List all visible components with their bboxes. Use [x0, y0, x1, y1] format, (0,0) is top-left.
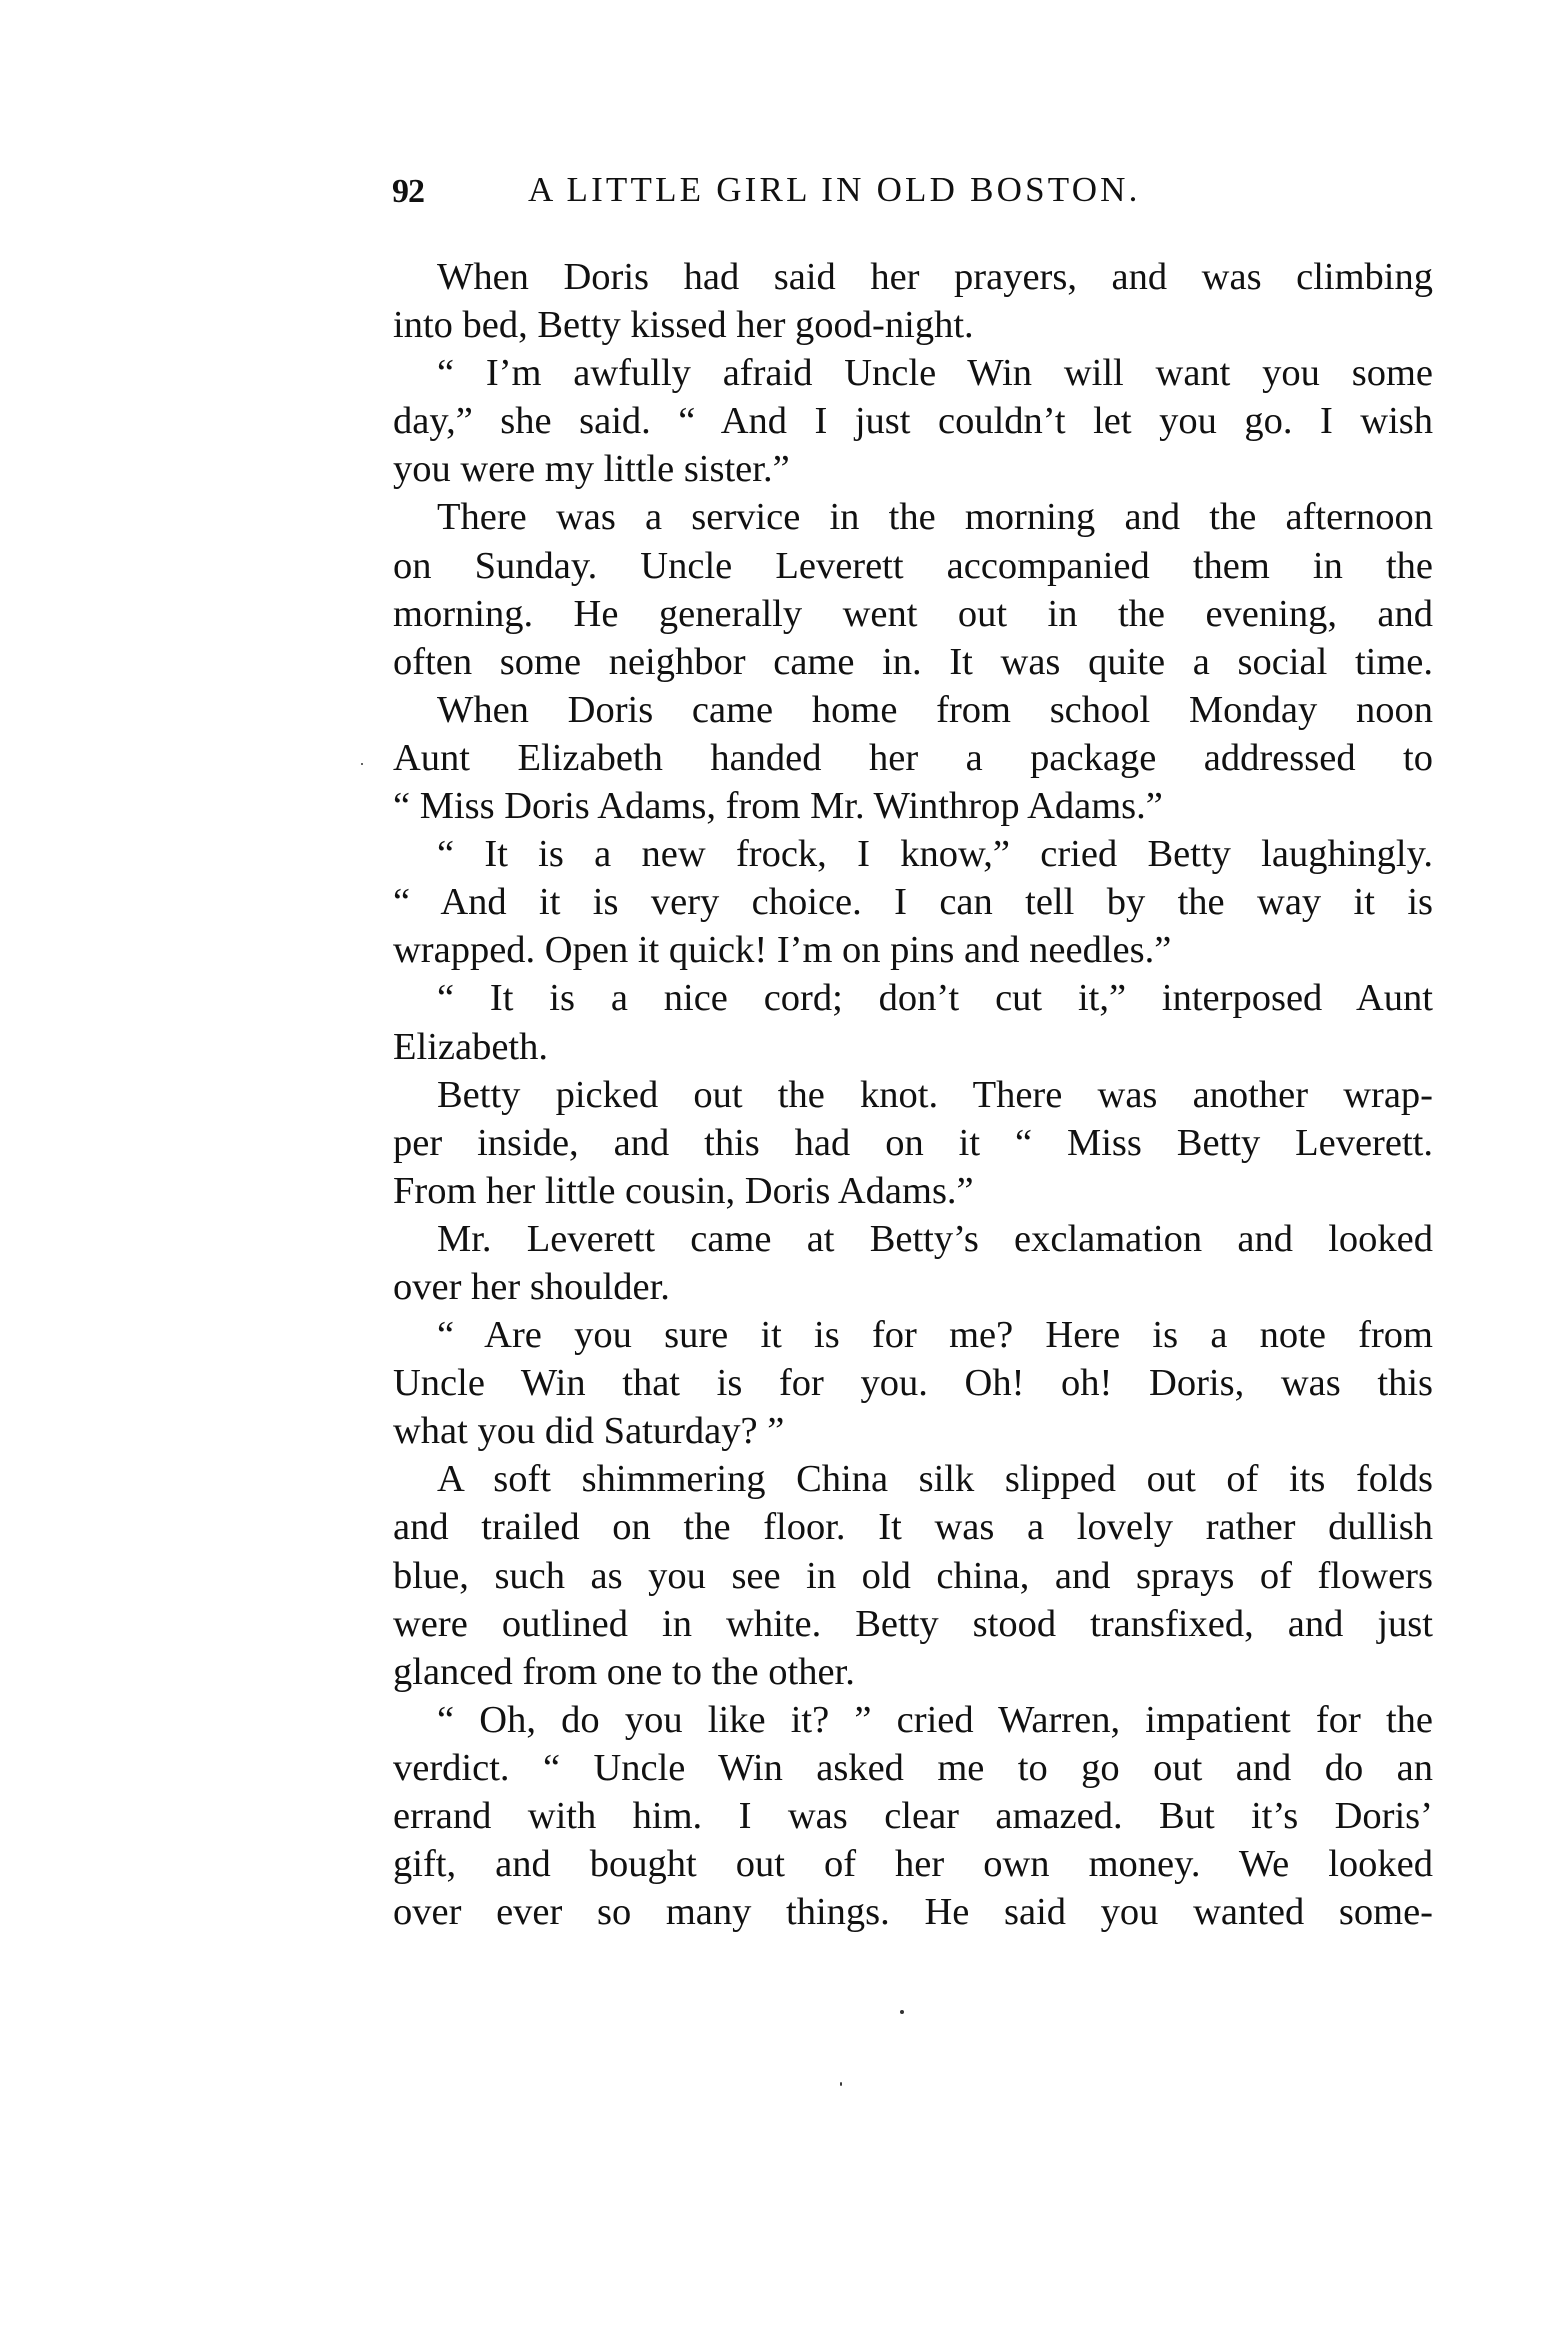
running-head: 92 A LITTLE GIRL IN OLD BOSTON. — [392, 168, 1433, 218]
scan-speck — [840, 2082, 842, 2086]
scan-speck — [361, 763, 363, 765]
text-line: Betty picked out the knot. There was ano… — [393, 1071, 1433, 1119]
text-line: per inside, and this had on it “ Miss Be… — [393, 1119, 1433, 1167]
text-line: “ I’m awfully afraid Uncle Win will want… — [393, 349, 1433, 397]
text-line: glanced from one to the other. — [393, 1648, 1433, 1696]
text-line: what you did Saturday? ” — [393, 1407, 1433, 1455]
text-line: verdict. “ Uncle Win asked me to go out … — [393, 1744, 1433, 1792]
text-line: Aunt Elizabeth handed her a package addr… — [393, 734, 1433, 782]
body-text: When Doris had said her prayers, and was… — [393, 253, 1433, 1936]
text-line: day,” she said. “ And I just couldn’t le… — [393, 397, 1433, 445]
text-line: errand with him. I was clear amazed. But… — [393, 1792, 1433, 1840]
text-line: often some neighbor came in. It was quit… — [393, 638, 1433, 686]
text-line: Elizabeth. — [393, 1023, 1433, 1071]
text-line: you were my little sister.” — [393, 445, 1433, 493]
text-line: A soft shimmering China silk slipped out… — [393, 1455, 1433, 1503]
text-line: over her shoulder. — [393, 1263, 1433, 1311]
text-line: There was a service in the morning and t… — [393, 493, 1433, 541]
text-line: “ And it is very choice. I can tell by t… — [393, 878, 1433, 926]
page-number: 92 — [392, 172, 424, 212]
text-line: were outlined in white. Betty stood tran… — [393, 1600, 1433, 1648]
text-line: “ It is a new frock, I know,” cried Bett… — [393, 830, 1433, 878]
text-line: When Doris came home from school Monday … — [393, 686, 1433, 734]
text-line: “ It is a nice cord; don’t cut it,” inte… — [393, 974, 1433, 1022]
text-line: “ Miss Doris Adams, from Mr. Winthrop Ad… — [393, 782, 1433, 830]
text-line: “ Are you sure it is for me? Here is a n… — [393, 1311, 1433, 1359]
text-line: From her little cousin, Doris Adams.” — [393, 1167, 1433, 1215]
text-line: gift, and bought out of her own money. W… — [393, 1840, 1433, 1888]
text-line: Mr. Leverett came at Betty’s exclamation… — [393, 1215, 1433, 1263]
text-line: on Sunday. Uncle Leverett accompanied th… — [393, 542, 1433, 590]
text-line: over ever so many things. He said you wa… — [393, 1888, 1433, 1936]
text-line: wrapped. Open it quick! I’m on pins and … — [393, 926, 1433, 974]
text-line: When Doris had said her prayers, and was… — [393, 253, 1433, 301]
text-line: Uncle Win that is for you. Oh! oh! Doris… — [393, 1359, 1433, 1407]
book-title: A LITTLE GIRL IN OLD BOSTON. — [528, 168, 1141, 212]
text-line: into bed, Betty kissed her good-night. — [393, 301, 1433, 349]
text-line: “ Oh, do you like it? ” cried Warren, im… — [393, 1696, 1433, 1744]
book-page: 92 A LITTLE GIRL IN OLD BOSTON. When Dor… — [0, 0, 1550, 2338]
text-line: blue, such as you see in old china, and … — [393, 1552, 1433, 1600]
text-line: morning. He generally went out in the ev… — [393, 590, 1433, 638]
text-line: and trailed on the floor. It was a lovel… — [393, 1503, 1433, 1551]
scan-speck — [900, 2010, 904, 2014]
